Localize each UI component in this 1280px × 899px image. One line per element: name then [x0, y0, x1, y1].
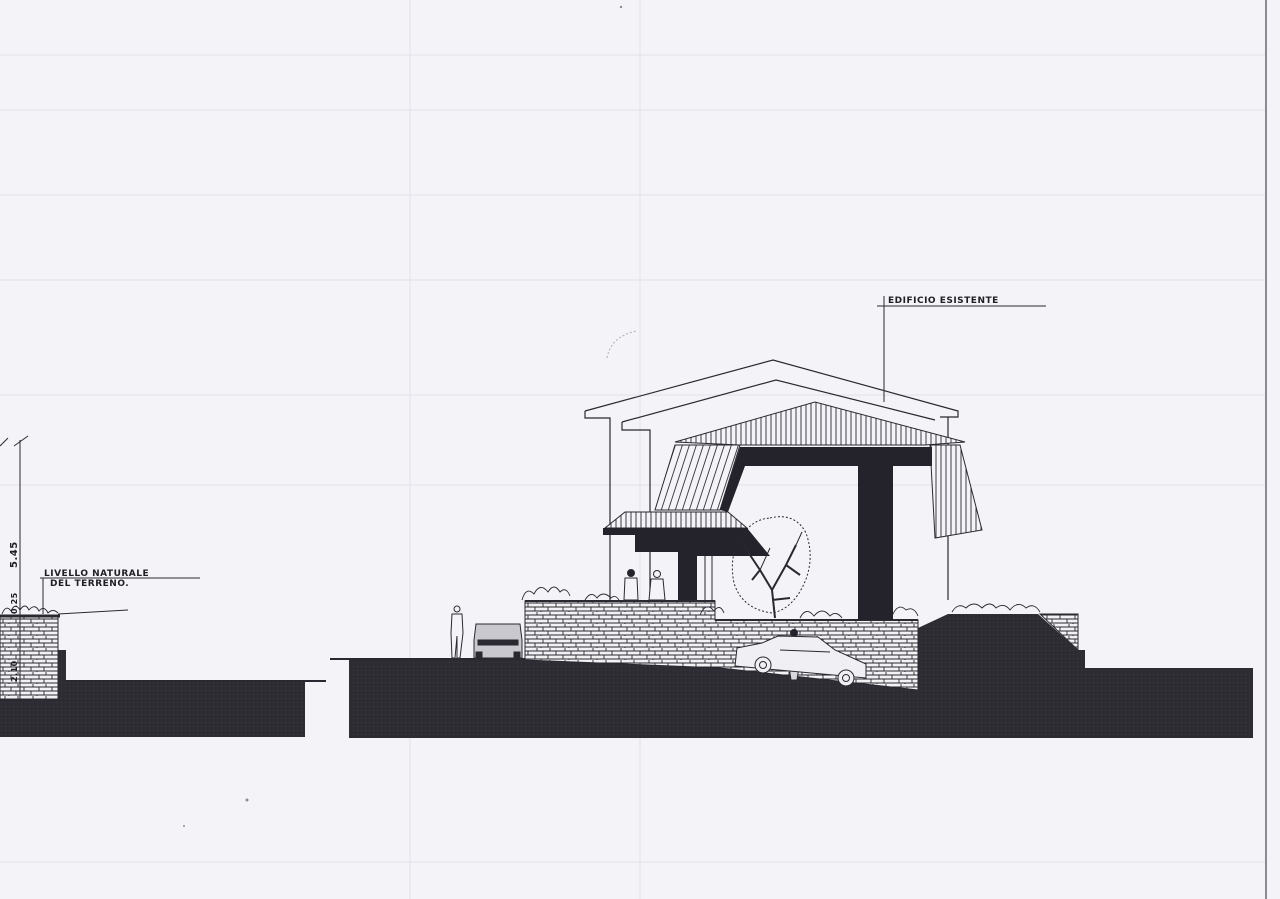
t-shaped-portal-frame	[720, 447, 932, 620]
dimension-height-small: 0.25	[10, 592, 19, 614]
scan-grid-lines	[0, 0, 1265, 899]
dimension-height-total: 5.45	[9, 541, 20, 568]
left-stone-wall	[0, 616, 60, 700]
existing-building-roof-outline	[585, 360, 958, 600]
natural-ground-level-label-2: DEL TERRENO.	[50, 579, 129, 589]
dimension-wall-height: 2.10	[10, 660, 19, 682]
drawing-sheet: LIVELLO NATURALE DEL TERRENO. 5.45 0.25 …	[0, 0, 1280, 899]
parked-car-front	[474, 624, 522, 659]
existing-building-leader	[877, 296, 1046, 402]
natural-ground-level-label: LIVELLO NATURALE	[44, 569, 149, 579]
existing-building-label: EDIFICIO ESISTENTE	[888, 296, 999, 306]
pencil-mark	[607, 331, 637, 358]
